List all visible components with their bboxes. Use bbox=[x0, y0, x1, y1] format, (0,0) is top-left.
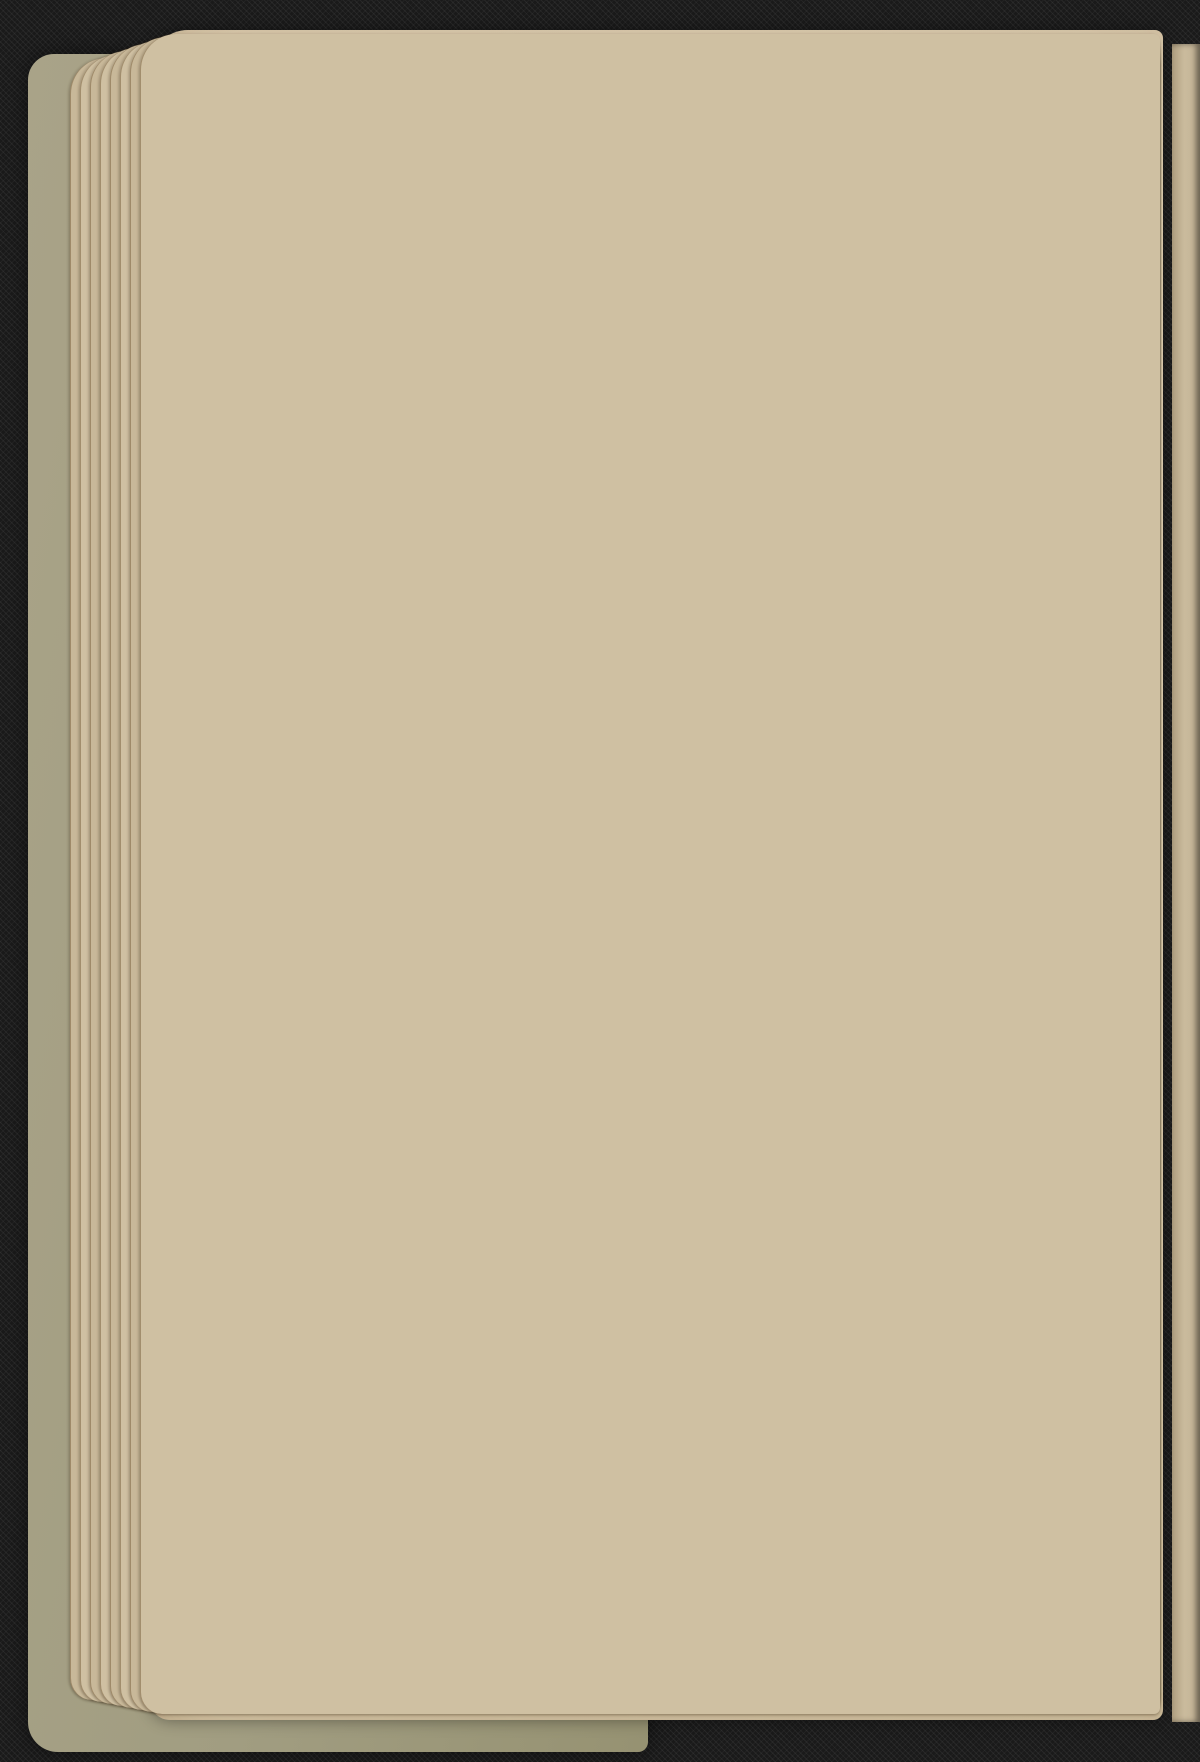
scanned-book-photo: { "page": { "number": "30", "running_hea… bbox=[0, 0, 1200, 1762]
page-sheet-edge bbox=[140, 34, 1160, 1715]
adjacent-page-edge bbox=[1172, 44, 1200, 1722]
